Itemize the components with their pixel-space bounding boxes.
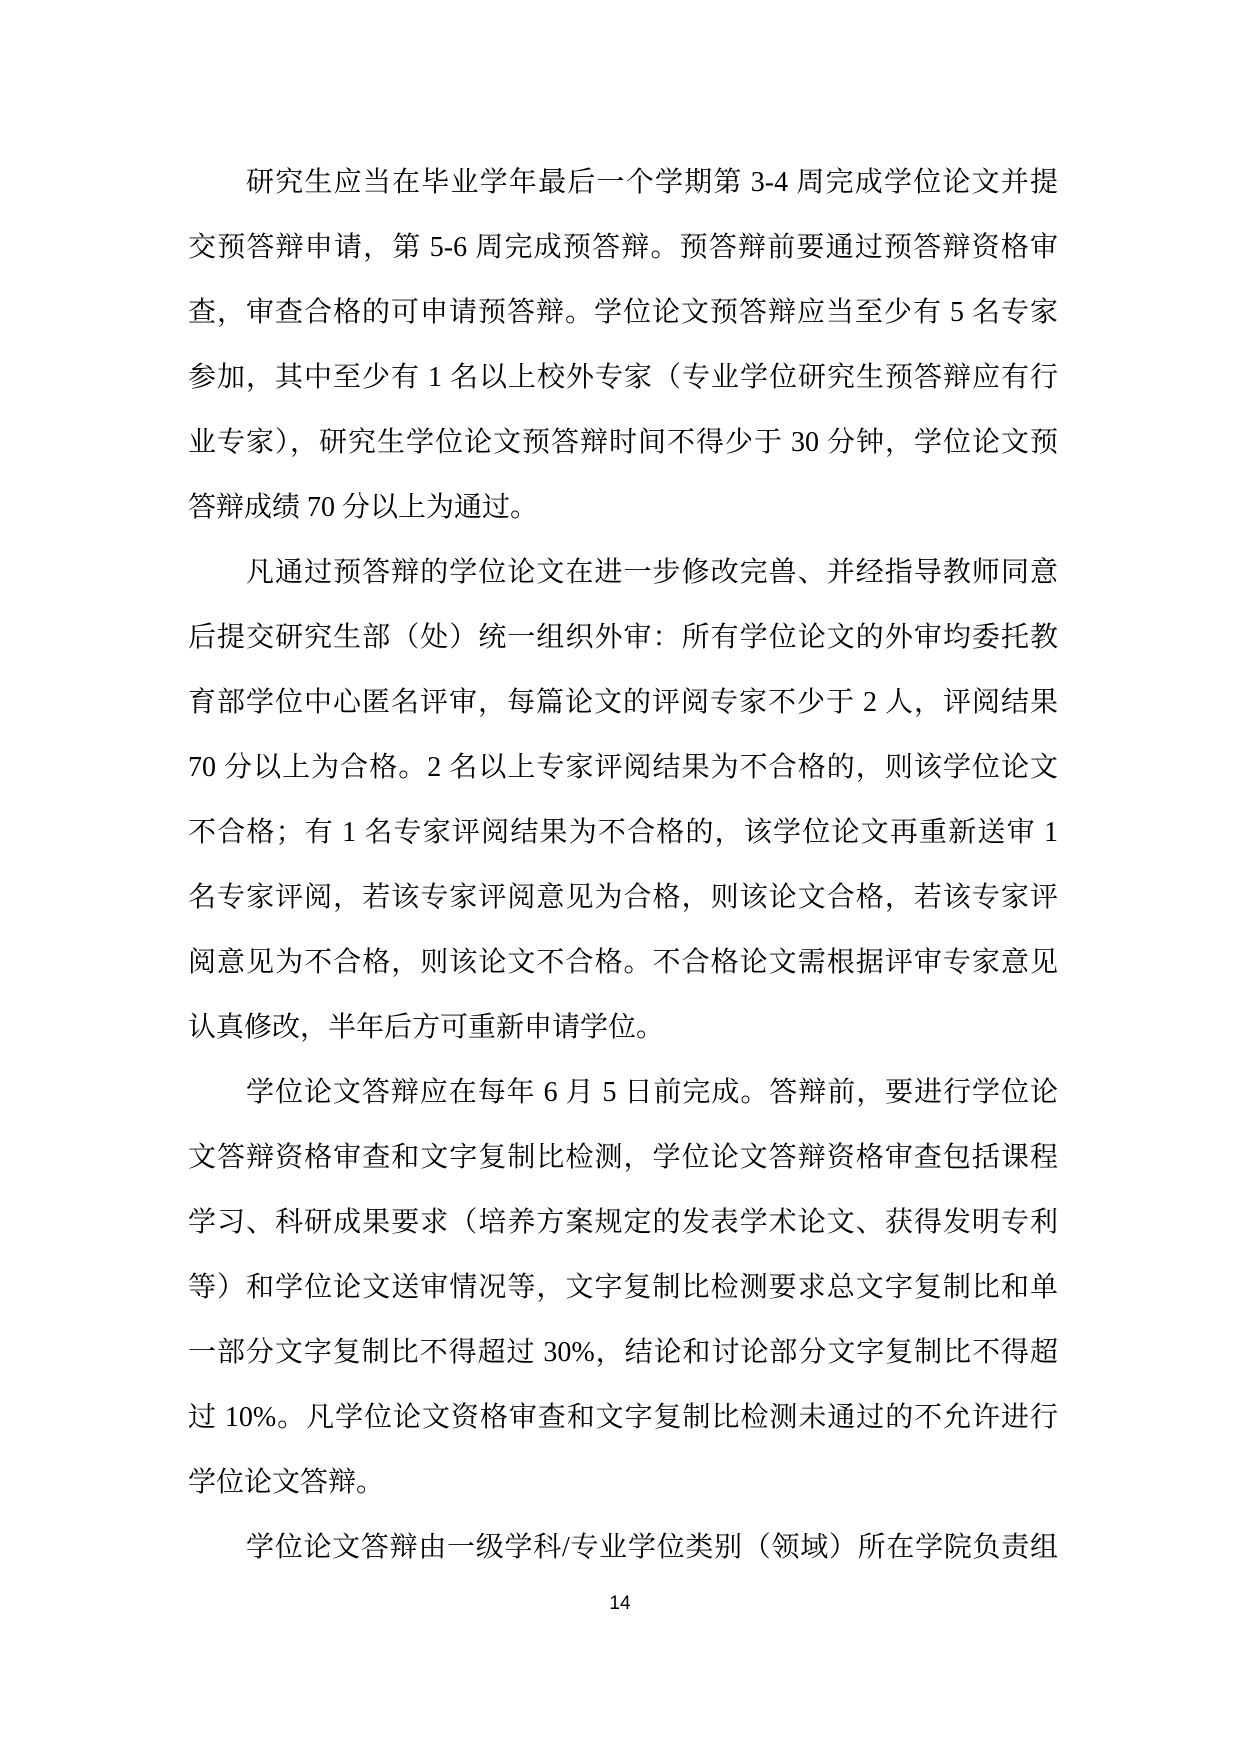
text-line: 70 分以上为合格。2 名以上专家评阅结果为不合格的，则该学位论文 — [188, 735, 1058, 800]
text-line: 学位论文答辩由一级学科/专业学位类别（领域）所在学院负责组 — [188, 1515, 1058, 1580]
text-line: 答辩成绩 70 分以上为通过。 — [188, 475, 1058, 540]
text-line: 学习、科研成果要求（培养方案规定的发表学术论文、获得发明专利 — [188, 1190, 1058, 1255]
text-line: 查，审查合格的可申请预答辩。学位论文预答辩应当至少有 5 名专家 — [188, 280, 1058, 345]
text-line: 凡通过预答辩的学位论文在进一步修改完兽、并经指导教师同意 — [188, 540, 1058, 605]
text-line: 业专家），研究生学位论文预答辩时间不得少于 30 分钟，学位论文预 — [188, 410, 1058, 475]
document-body: 研究生应当在毕业学年最后一个学期第 3-4 周完成学位论文并提交预答辩申请，第 … — [188, 150, 1058, 1580]
text-line: 后提交研究生部（处）统一组织外审：所有学位论文的外审均委托教 — [188, 605, 1058, 670]
document-page: 研究生应当在毕业学年最后一个学期第 3-4 周完成学位论文并提交预答辩申请，第 … — [0, 0, 1240, 1753]
text-line: 文答辩资格审查和文字复制比检测，学位论文答辩资格审查包括课程 — [188, 1125, 1058, 1190]
text-line: 学位论文答辩。 — [188, 1450, 1058, 1515]
text-line: 育部学位中心匿名评审，每篇论文的评阅专家不少于 2 人，评阅结果 — [188, 670, 1058, 735]
text-line: 一部分文字复制比不得超过 30%，结论和讨论部分文字复制比不得超 — [188, 1320, 1058, 1385]
text-line: 交预答辩申请，第 5-6 周完成预答辩。预答辩前要通过预答辩资格审 — [188, 215, 1058, 280]
text-line: 学位论文答辩应在每年 6 月 5 日前完成。答辩前，要进行学位论 — [188, 1060, 1058, 1125]
text-line: 研究生应当在毕业学年最后一个学期第 3-4 周完成学位论文并提 — [188, 150, 1058, 215]
text-line: 认真修改，半年后方可重新申请学位。 — [188, 995, 1058, 1060]
text-line: 名专家评阅，若该专家评阅意见为合格，则该论文合格，若该专家评 — [188, 865, 1058, 930]
text-line: 等）和学位论文送审情况等，文字复制比检测要求总文字复制比和单 — [188, 1255, 1058, 1320]
page-number: 14 — [0, 1592, 1240, 1616]
text-line: 阅意见为不合格，则该论文不合格。不合格论文需根据评审专家意见 — [188, 930, 1058, 995]
text-line: 参加，其中至少有 1 名以上校外专家（专业学位研究生预答辩应有行 — [188, 345, 1058, 410]
text-line: 过 10%。凡学位论文资格审查和文字复制比检测未通过的不允许进行 — [188, 1385, 1058, 1450]
text-line: 不合格；有 1 名专家评阅结果为不合格的，该学位论文再重新送审 1 — [188, 800, 1058, 865]
